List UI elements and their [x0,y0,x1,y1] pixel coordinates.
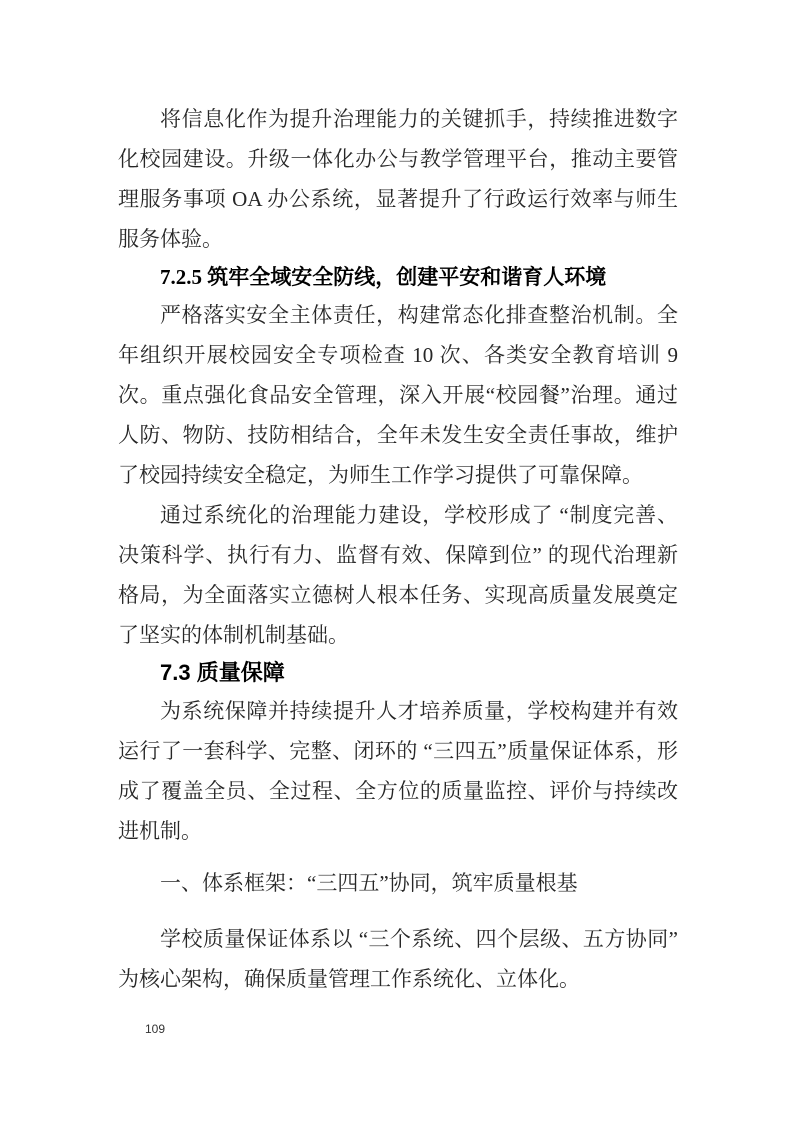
paragraph-framework-detail: 学校质量保证体系以 “三个系统、四个层级、五方协同” 为核心架构，确保质量管理工… [118,919,678,999]
paragraph-safety: 严格落实安全主体责任，构建常态化排查整治机制。全年组织开展校园安全专项检查 10… [118,295,678,495]
heading-7-2-5: 7.2.5 筑牢全域安全防线，创建平安和谐育人环境 [118,259,678,295]
paragraph-quality-system: 为系统保障并持续提升人才培养质量，学校构建并有效运行了一套科学、完整、闭环的 “… [118,691,678,851]
page-content: 将信息化作为提升治理能力的关键抓手，持续推进数字化校园建设。升级一体化办公与教学… [118,99,678,999]
subheading-framework: 一、体系框架：“三四五”协同，筑牢质量根基 [118,863,678,903]
paragraph-informatization: 将信息化作为提升治理能力的关键抓手，持续推进数字化校园建设。升级一体化办公与教学… [118,99,678,259]
heading-7-3: 7.3 质量保障 [118,655,678,691]
page-number: 109 [145,1022,165,1036]
paragraph-governance-summary: 通过系统化的治理能力建设，学校形成了 “制度完善、决策科学、执行有力、监督有效、… [118,495,678,655]
document-page: 将信息化作为提升治理能力的关键抓手，持续推进数字化校园建设。升级一体化办公与教学… [0,0,794,1123]
